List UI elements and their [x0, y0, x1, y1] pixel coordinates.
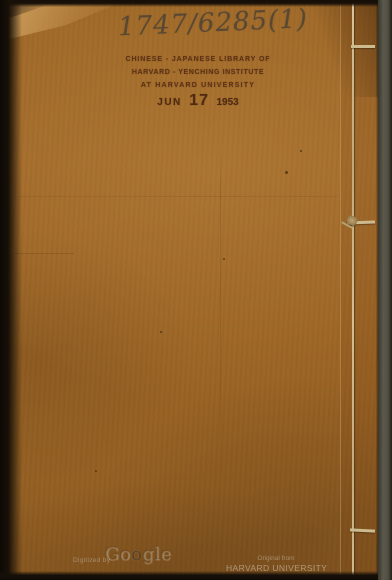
small-crease	[14, 253, 74, 254]
stamp-line-3: AT HARVARD UNIVERSITY	[98, 82, 298, 89]
binding-thread-vertical	[352, 0, 354, 580]
google-logo-letter: o	[120, 544, 131, 565]
date-stamp: JUN 17 1953	[98, 92, 298, 110]
ink-speck	[223, 258, 225, 260]
ink-speck	[95, 470, 97, 472]
google-logo-letter: g	[143, 544, 155, 565]
vertical-crease	[220, 130, 221, 460]
date-stamp-month: JUN	[157, 97, 182, 108]
stamp-line-2: HARVARD - YENCHING INSTITUTE	[98, 69, 298, 76]
scan-edge-top	[0, 0, 392, 7]
horizontal-crease	[18, 196, 338, 197]
date-stamp-year: 1953	[216, 97, 238, 108]
google-logo-letter: e	[161, 544, 172, 565]
scanner-background-strip	[378, 0, 392, 580]
binding-stitch-top	[351, 45, 375, 48]
google-logo-letter: G	[105, 544, 120, 565]
date-stamp-day: 17	[189, 92, 209, 109]
binding-strip	[340, 0, 376, 580]
original-from-label: Original from	[226, 555, 326, 562]
scan-edge-bottom	[0, 571, 392, 580]
ink-speck	[160, 331, 162, 333]
google-logo-watermark: Google	[105, 544, 172, 565]
google-logo-letter: o	[131, 544, 142, 565]
library-stamp: CHINESE - JAPANESE LIBRARY OF HARVARD - …	[98, 56, 298, 110]
scan-edge-left	[0, 0, 22, 580]
book-cover-scan: 1747/6285(1) CHINESE - JAPANESE LIBRARY …	[0, 0, 392, 580]
ink-speck	[300, 150, 302, 152]
ink-speck	[285, 171, 288, 174]
institution-label: HARVARD UNIVERSITY	[226, 563, 326, 573]
stamp-line-1: CHINESE - JAPANESE LIBRARY OF	[98, 56, 298, 63]
